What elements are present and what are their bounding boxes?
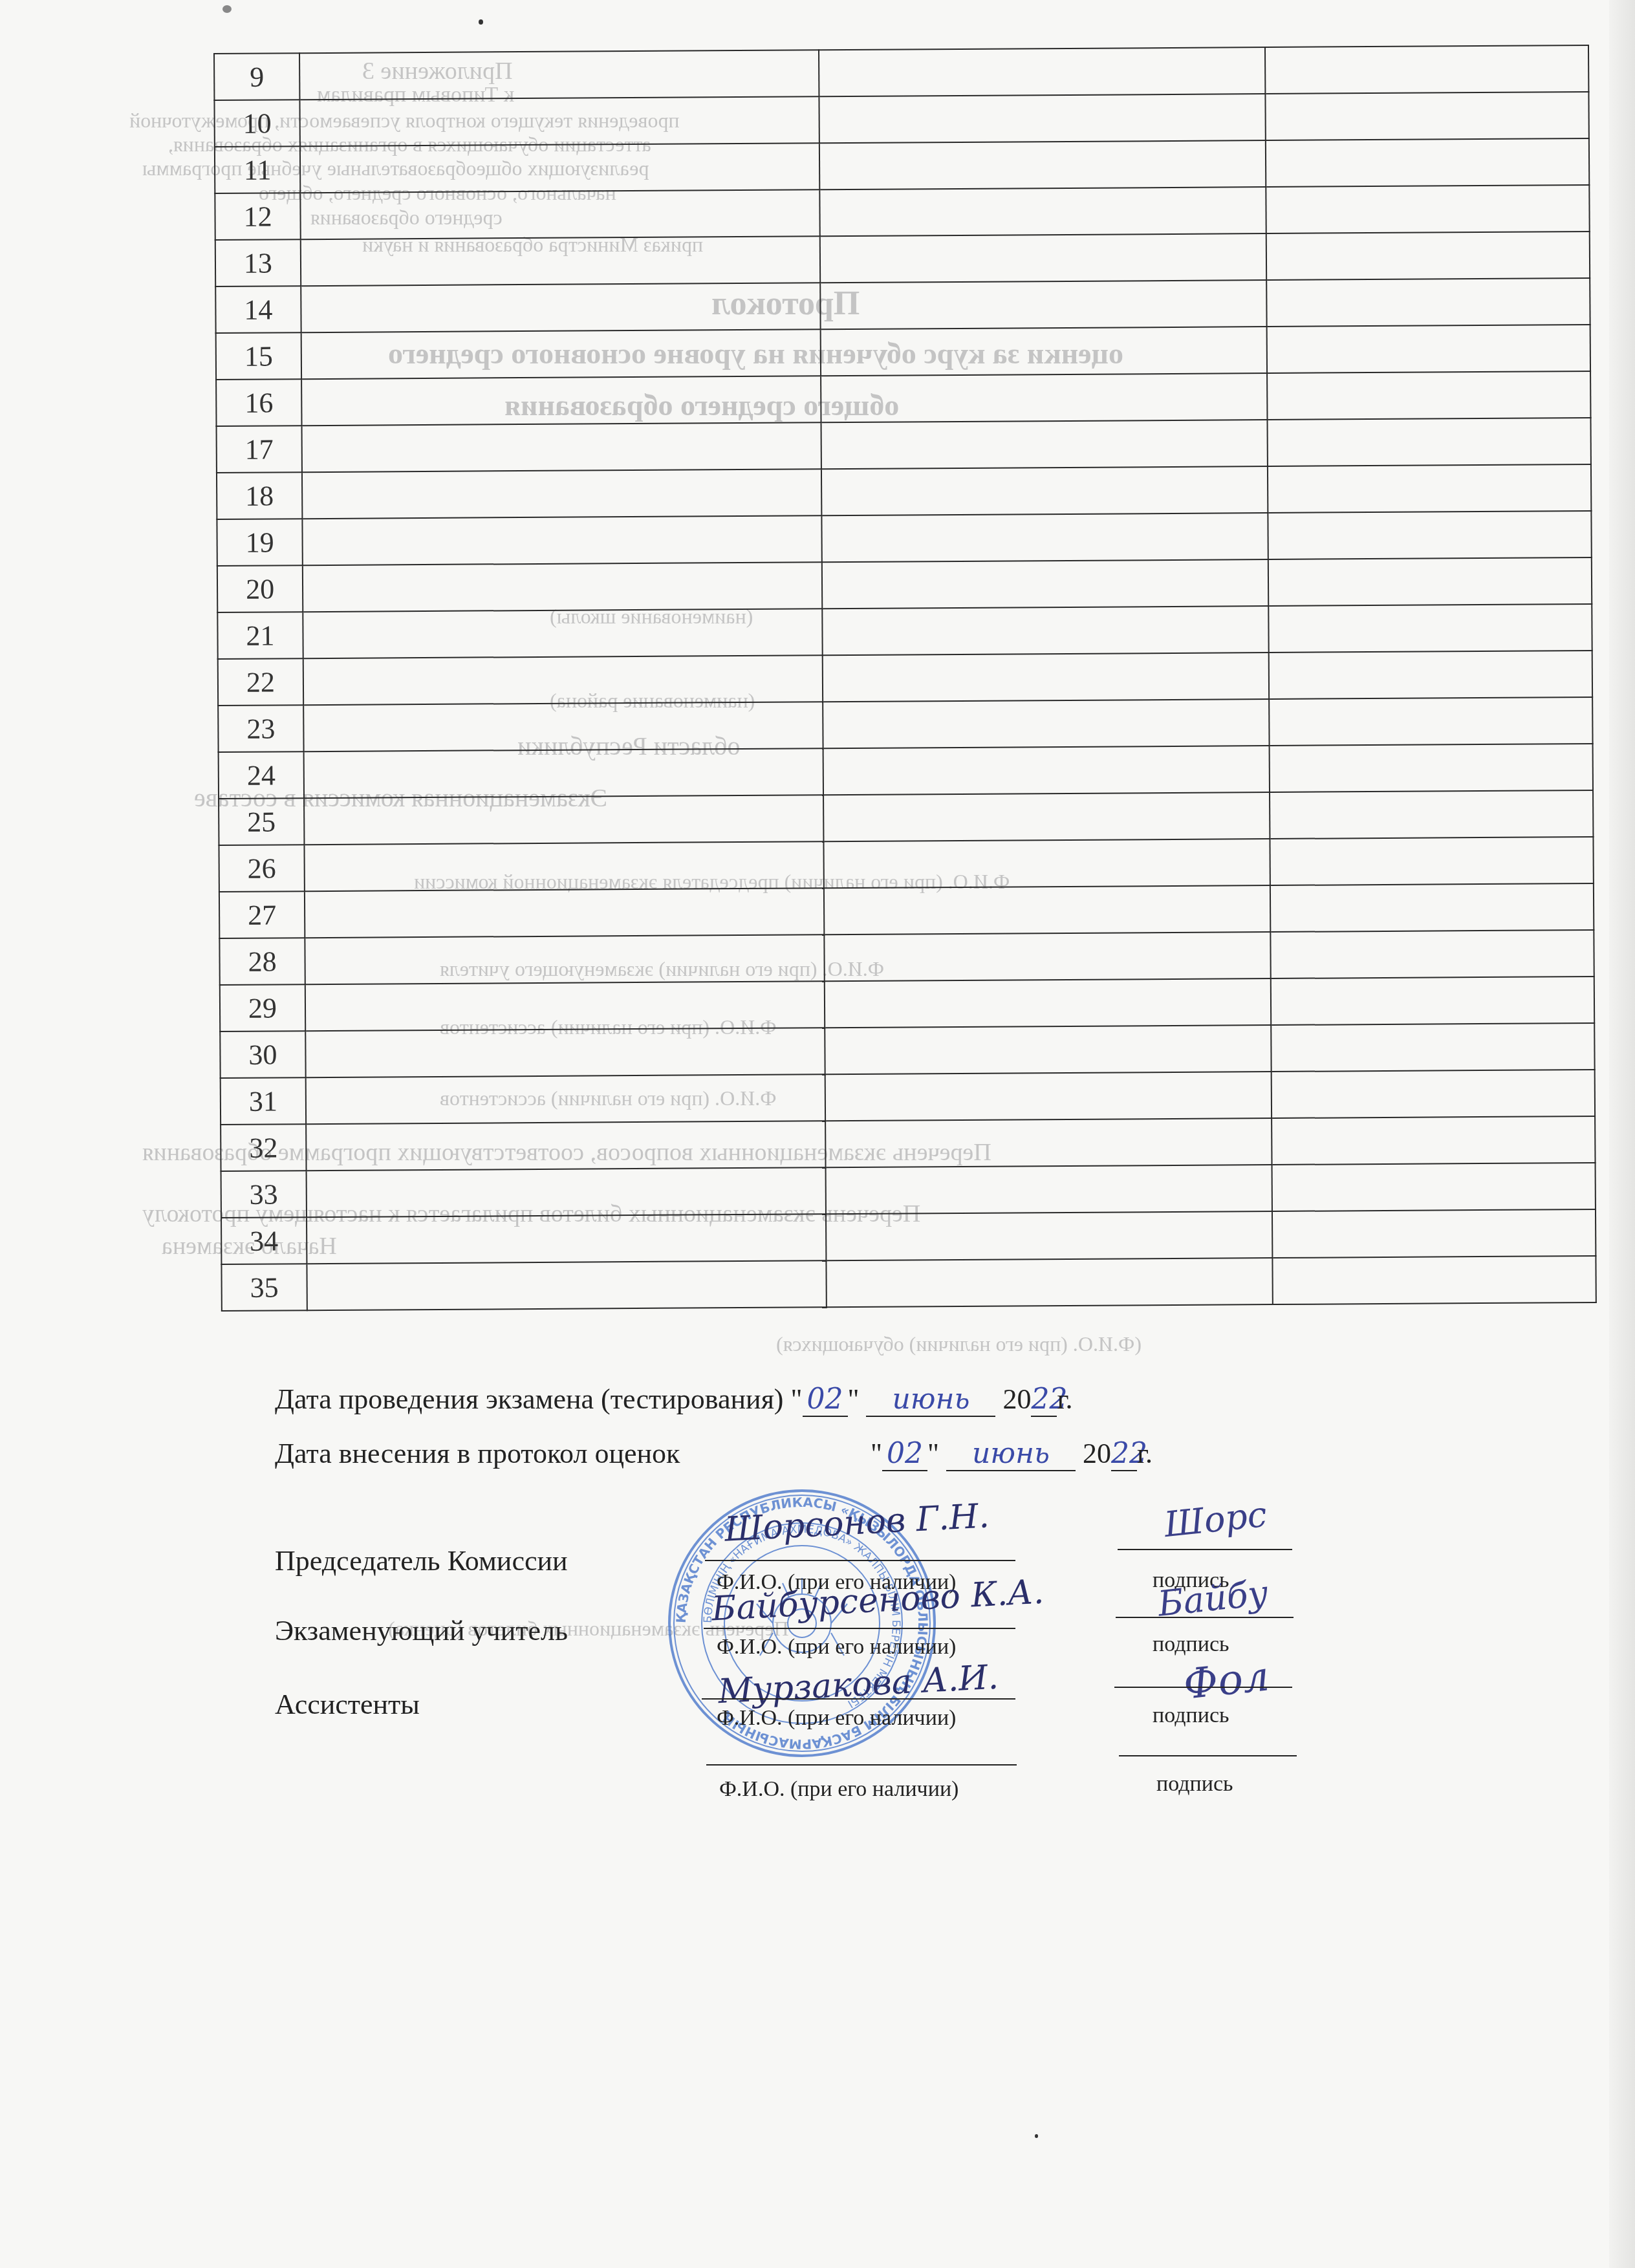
assistant-2-signature-caption: подпись (1156, 1772, 1233, 1797)
student-name-cell[interactable] (307, 1167, 826, 1217)
grade-cell[interactable] (820, 280, 1266, 329)
student-name-cell[interactable] (299, 96, 819, 146)
student-name-cell[interactable] (300, 143, 819, 193)
exam-date-year-prefix: 20 (1002, 1383, 1031, 1415)
notes-cell[interactable] (1265, 92, 1588, 140)
student-name-cell[interactable] (301, 329, 821, 379)
table-row: 19 (217, 511, 1591, 566)
scan-edge-shadow (1609, 0, 1635, 2268)
notes-cell[interactable] (1270, 790, 1593, 839)
row-number-cell: 11 (215, 146, 300, 193)
grade-cell[interactable] (821, 420, 1268, 469)
row-number-cell: 9 (214, 53, 299, 100)
row-number-cell: 26 (219, 845, 304, 892)
row-number-cell: 25 (219, 798, 304, 845)
notes-cell[interactable] (1266, 232, 1590, 280)
table-row: 21 (217, 604, 1592, 659)
notes-cell[interactable] (1268, 557, 1592, 606)
table-row: 10 (214, 92, 1588, 147)
student-name-cell[interactable] (307, 1260, 826, 1310)
exam-date-day[interactable]: 02 (803, 1383, 848, 1417)
row-number-cell: 15 (216, 332, 301, 380)
table-row: 11 (215, 138, 1589, 193)
grade-cell[interactable] (821, 373, 1267, 422)
row-number-cell: 27 (219, 891, 305, 938)
entry-date-label: Дата внесения в протокол оценок (275, 1437, 863, 1470)
table-row: 18 (217, 464, 1591, 519)
scan-speck (1035, 2134, 1038, 2138)
row-number-cell: 20 (217, 565, 303, 612)
assistant-1-signature-caption: подпись (1153, 1703, 1229, 1728)
grade-cell[interactable] (820, 233, 1266, 283)
table-row: 12 (215, 185, 1589, 240)
student-name-cell[interactable] (305, 1028, 825, 1077)
student-name-cell[interactable] (303, 609, 822, 658)
exam-date-line: Дата проведения экзамена (тестирования) … (275, 1383, 1073, 1417)
grade-cell[interactable] (825, 1118, 1272, 1167)
teacher-name-caption: Ф.И.О. (при его наличии) (717, 1635, 956, 1659)
assistant-1-name-caption: Ф.И.О. (при его наличии) (717, 1706, 956, 1731)
table-row: 9 (214, 45, 1588, 100)
student-name-cell[interactable] (301, 283, 820, 332)
notes-cell[interactable] (1267, 418, 1590, 466)
row-number-cell: 23 (218, 705, 303, 752)
student-name-cell[interactable] (304, 748, 823, 798)
chairman-signature-line[interactable] (1118, 1549, 1292, 1550)
entry-date-month[interactable]: июнь (946, 1437, 1076, 1471)
table-row: 31 (221, 1070, 1595, 1125)
teacher-signature-caption: подпись (1153, 1632, 1229, 1657)
row-number-cell: 30 (220, 1031, 305, 1078)
teacher-role-label: Экзаменующий учитель (275, 1614, 568, 1647)
notes-cell[interactable] (1267, 371, 1590, 420)
entry-date-line: Дата внесения в протокол оценок "02" июн… (275, 1437, 1153, 1471)
assistants-role-label: Ассистенты (275, 1688, 420, 1721)
notes-cell[interactable] (1266, 278, 1590, 327)
row-number-cell: 18 (217, 472, 302, 519)
chairman-name-line[interactable] (705, 1560, 1015, 1561)
assistant-2-name-caption: Ф.И.О. (при его наличии) (719, 1777, 958, 1802)
row-number-cell: 34 (221, 1217, 307, 1264)
table-row: 14 (215, 278, 1590, 333)
notes-cell[interactable] (1270, 883, 1594, 932)
student-name-cell[interactable] (306, 1121, 825, 1171)
assistant-2-name-line[interactable] (706, 1764, 1017, 1766)
notes-cell[interactable] (1266, 138, 1589, 187)
grade-cell[interactable] (823, 746, 1270, 795)
notes-cell[interactable] (1268, 604, 1592, 653)
student-name-cell[interactable] (301, 236, 820, 286)
table-row: 13 (215, 232, 1590, 286)
notes-cell[interactable] (1272, 1256, 1596, 1304)
notes-cell[interactable] (1272, 1163, 1596, 1211)
student-name-cell[interactable] (305, 981, 825, 1031)
student-name-cell[interactable] (302, 469, 821, 519)
entry-date-day[interactable]: 02 (882, 1437, 927, 1471)
student-name-cell[interactable] (299, 50, 819, 100)
table-row: 32 (221, 1116, 1595, 1171)
row-number-cell: 17 (217, 426, 302, 473)
student-name-cell[interactable] (302, 422, 821, 472)
notes-cell[interactable] (1272, 1070, 1595, 1118)
grade-cell[interactable] (823, 653, 1269, 702)
row-number-cell: 13 (215, 239, 301, 286)
grade-cell[interactable] (821, 466, 1268, 515)
student-name-cell[interactable] (303, 562, 822, 612)
student-name-cell[interactable] (304, 795, 823, 845)
table-row: 20 (217, 557, 1592, 612)
student-name-cell[interactable] (303, 655, 823, 705)
row-number-cell: 24 (219, 751, 304, 799)
row-number-cell: 14 (215, 286, 301, 333)
teacher-signature-line[interactable] (1116, 1617, 1294, 1618)
student-name-cell[interactable] (306, 1074, 825, 1124)
grade-cell[interactable] (819, 47, 1265, 96)
notes-cell[interactable] (1271, 1023, 1594, 1072)
scan-speck (222, 5, 232, 13)
table-row: 25 (219, 790, 1593, 845)
exam-date-month[interactable]: июнь (866, 1383, 995, 1417)
row-number-cell: 16 (216, 379, 301, 426)
grade-cell[interactable] (823, 839, 1270, 888)
table-row: 33 (221, 1163, 1596, 1218)
student-name-cell[interactable] (304, 841, 823, 891)
grade-cell[interactable] (819, 140, 1266, 189)
grade-cell[interactable] (825, 978, 1271, 1028)
bleed-line: (Ф.И.О. (при его наличии) обучающихся) (776, 1332, 1142, 1356)
table-row: 35 (221, 1256, 1596, 1311)
row-number-cell: 10 (214, 100, 299, 147)
table-row: 29 (220, 977, 1594, 1031)
row-number-cell: 12 (215, 193, 300, 240)
entry-date-suffix: г. (1137, 1438, 1153, 1469)
row-number-cell: 32 (221, 1124, 306, 1171)
grade-cell[interactable] (821, 327, 1267, 376)
teacher-name-line[interactable] (704, 1628, 1015, 1629)
scan-speck (479, 19, 483, 25)
exam-date-label: Дата проведения экзамена (тестирования) (275, 1383, 784, 1415)
grade-cell[interactable] (821, 513, 1268, 562)
entry-date-year-prefix: 20 (1083, 1438, 1111, 1469)
assistant-1-name-line[interactable] (702, 1698, 1015, 1700)
row-number-cell: 31 (221, 1077, 306, 1125)
table-row: 16 (216, 371, 1590, 426)
grade-cell[interactable] (824, 885, 1270, 934)
row-number-cell: 19 (217, 519, 302, 566)
student-name-cell[interactable] (305, 934, 824, 984)
notes-cell[interactable] (1271, 977, 1594, 1025)
notes-cell[interactable] (1267, 325, 1590, 373)
table-row: 17 (217, 418, 1591, 473)
assistant-1-signature-line[interactable] (1114, 1687, 1292, 1688)
student-name-cell[interactable] (300, 189, 819, 239)
grade-cell[interactable] (824, 932, 1270, 981)
notes-cell[interactable] (1266, 185, 1589, 233)
table-row: 30 (220, 1023, 1594, 1078)
assistant-1-signature-handwritten: Фол (1181, 1652, 1271, 1709)
table-row: 22 (218, 651, 1592, 706)
row-number-cell: 21 (217, 612, 303, 659)
notes-cell[interactable] (1268, 464, 1591, 513)
table-row: 24 (219, 744, 1593, 799)
notes-cell[interactable] (1272, 1209, 1596, 1258)
grade-cell[interactable] (826, 1165, 1272, 1214)
assistant-2-signature-line[interactable] (1119, 1755, 1297, 1756)
grade-cell[interactable] (822, 559, 1268, 609)
student-name-cell[interactable] (302, 515, 821, 565)
grade-cell[interactable] (825, 1025, 1271, 1074)
student-name-cell[interactable] (301, 376, 821, 426)
table-row: 34 (221, 1209, 1596, 1264)
exam-date-suffix: г. (1057, 1383, 1072, 1415)
row-number-cell: 29 (220, 984, 305, 1031)
entry-date-year-suffix[interactable]: 22 (1111, 1437, 1137, 1471)
grade-cell[interactable] (819, 187, 1266, 236)
grade-cell[interactable] (819, 94, 1265, 143)
notes-cell[interactable] (1270, 744, 1593, 792)
table-row: 23 (218, 697, 1592, 752)
grades-table-body: 9101112131415161718192021222324252627282… (214, 45, 1596, 1311)
row-number-cell: 28 (219, 938, 305, 985)
exam-date-year-suffix[interactable]: 22 (1031, 1383, 1057, 1417)
student-name-cell[interactable] (305, 888, 824, 938)
grade-cell[interactable] (826, 1258, 1272, 1307)
table-row: 27 (219, 883, 1594, 938)
notes-cell[interactable] (1272, 1116, 1595, 1165)
row-number-cell: 35 (221, 1264, 307, 1311)
table-row: 15 (216, 325, 1590, 380)
grade-cell[interactable] (823, 792, 1270, 841)
chairman-signature-handwritten: Шорс (1162, 1494, 1269, 1545)
notes-cell[interactable] (1269, 651, 1592, 699)
grade-cell[interactable] (823, 699, 1269, 748)
grade-cell[interactable] (822, 606, 1268, 655)
grades-table: 9101112131415161718192021222324252627282… (213, 45, 1597, 1312)
notes-cell[interactable] (1270, 930, 1594, 978)
grade-cell[interactable] (825, 1072, 1272, 1121)
notes-cell[interactable] (1265, 45, 1588, 94)
notes-cell[interactable] (1270, 837, 1593, 885)
grade-cell[interactable] (826, 1211, 1272, 1260)
student-name-cell[interactable] (303, 702, 823, 751)
row-number-cell: 22 (218, 658, 303, 706)
student-name-cell[interactable] (307, 1214, 826, 1264)
notes-cell[interactable] (1268, 511, 1591, 559)
notes-cell[interactable] (1269, 697, 1592, 746)
chairman-role-label: Председатель Комиссии (275, 1544, 568, 1577)
row-number-cell: 33 (221, 1171, 307, 1218)
table-row: 26 (219, 837, 1593, 892)
table-row: 28 (219, 930, 1594, 985)
